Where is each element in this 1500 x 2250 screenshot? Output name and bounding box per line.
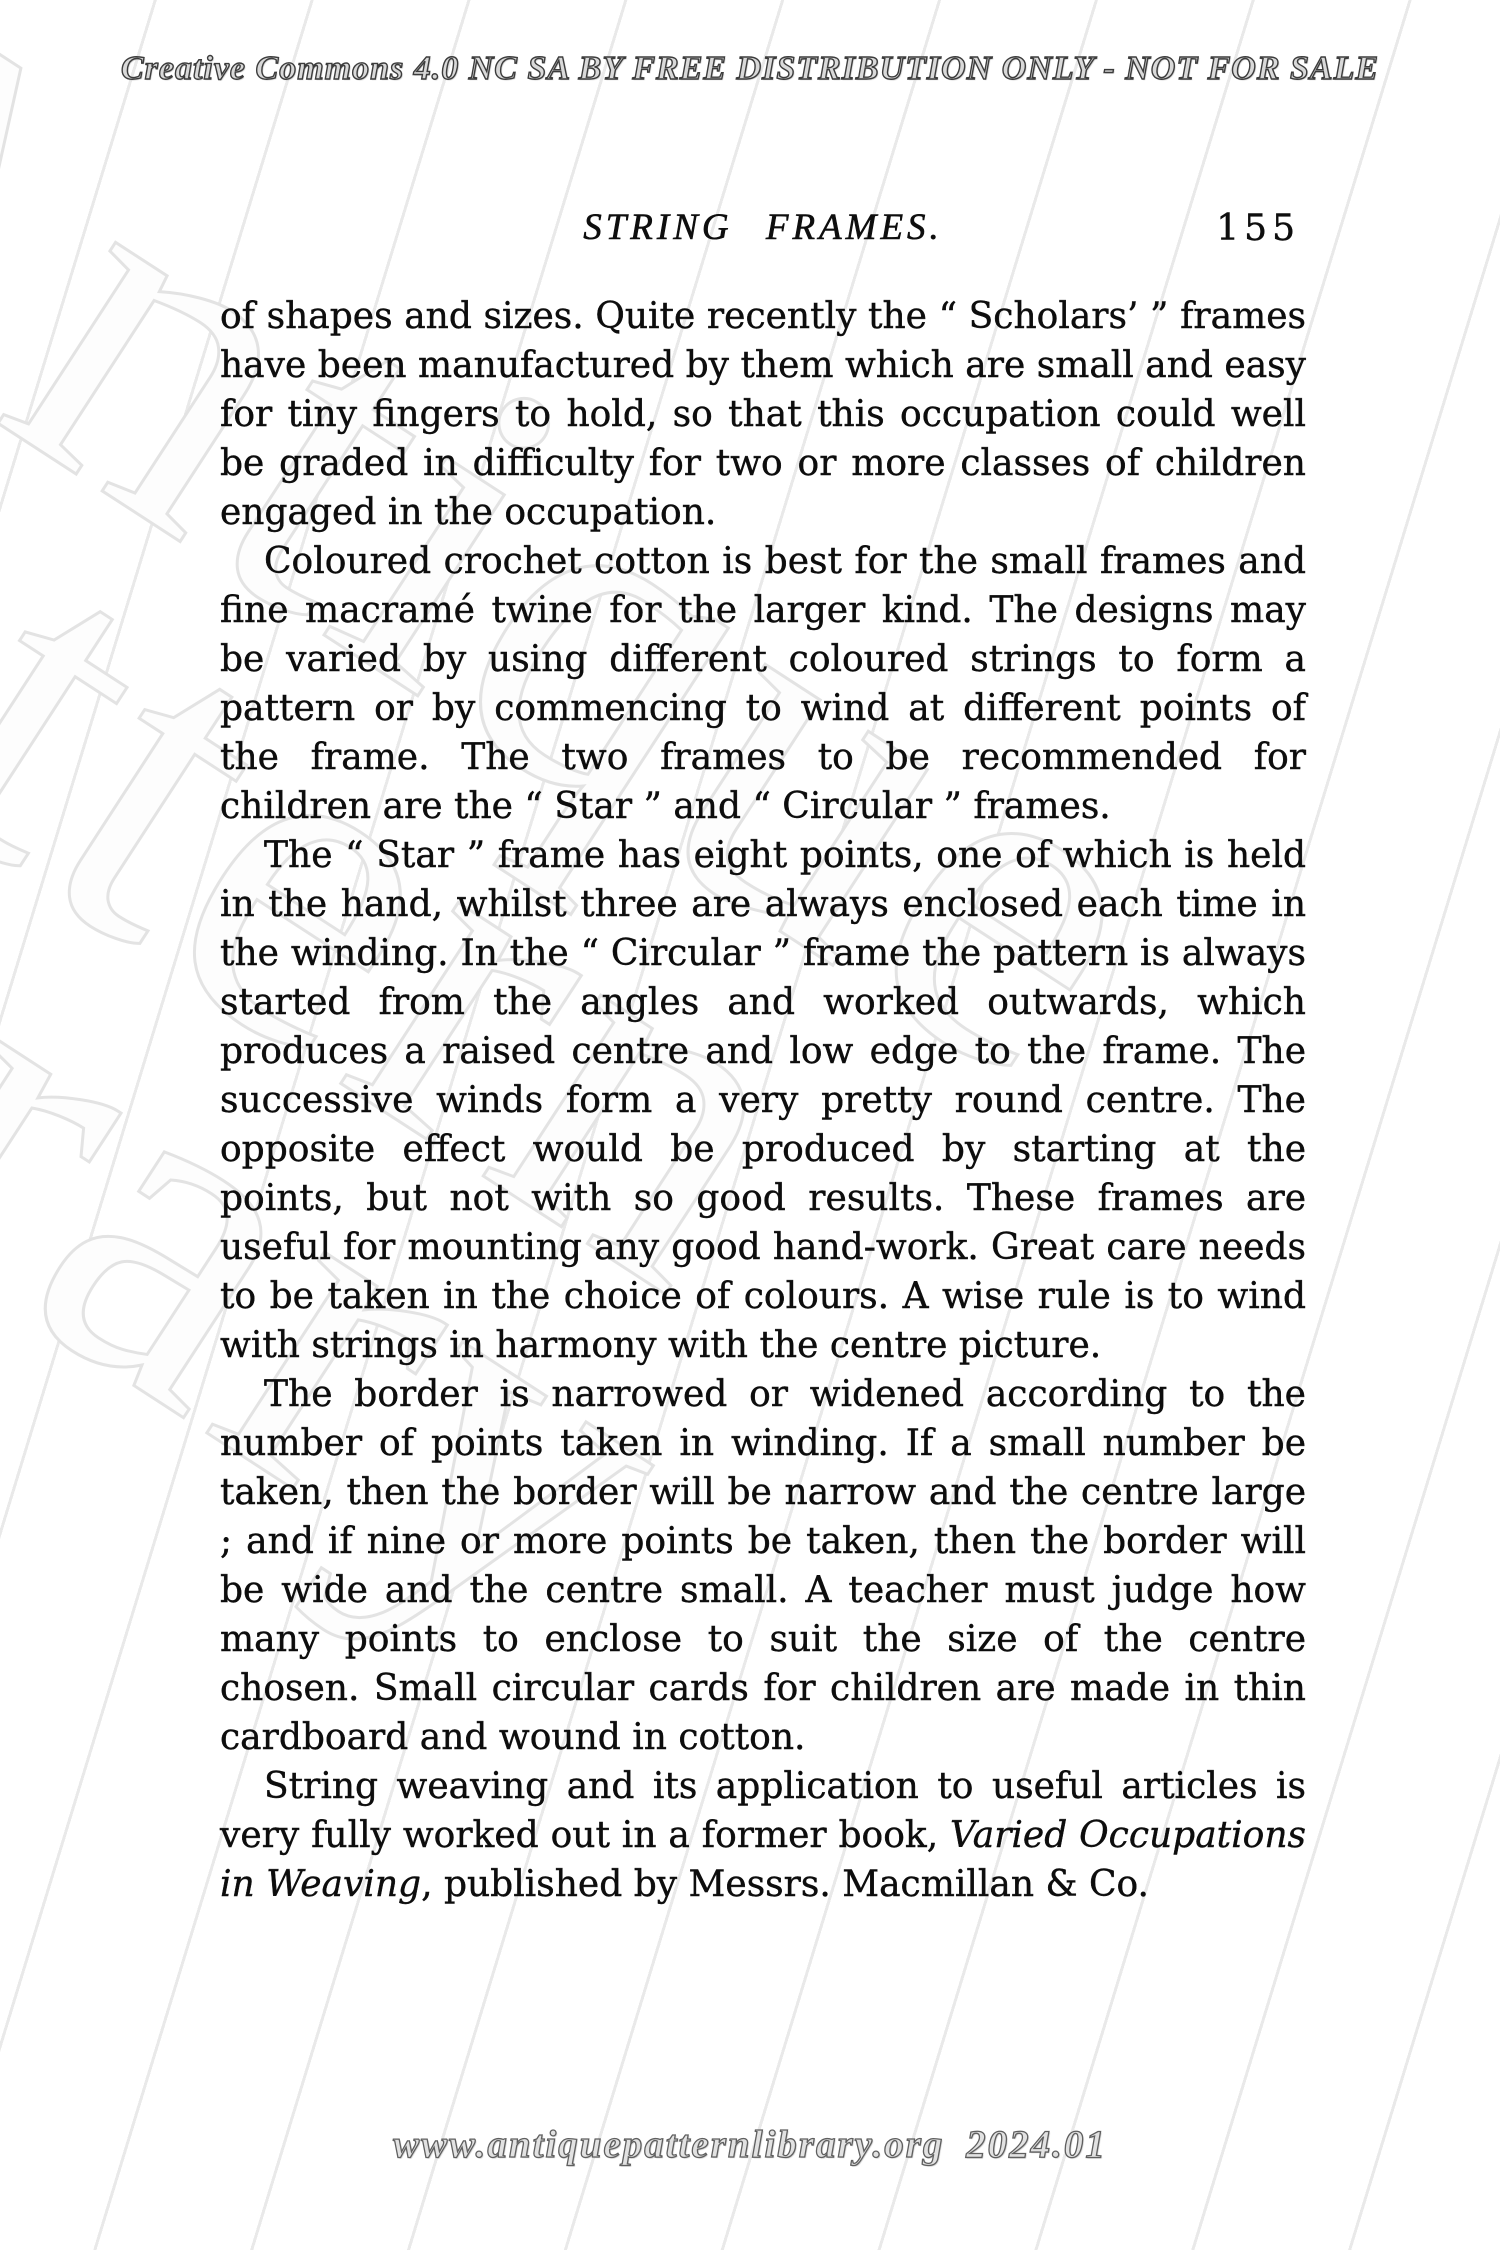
paragraph-text: The “ Star ” frame has eight points, one… (220, 835, 1306, 1366)
footer-url-watermark: www.antiquepatternlibrary.org 2024.01 (0, 2122, 1500, 2167)
paragraph-text: , published by Messrs. Macmillan & Co. (421, 1864, 1149, 1905)
paragraph-continuation: of shapes and sizes. Quite recently the … (220, 292, 1306, 537)
body-text-block: of shapes and sizes. Quite recently the … (220, 292, 1306, 1909)
page-header: STRING FRAMES. 155 (220, 206, 1306, 256)
running-title: STRING FRAMES. (220, 206, 1306, 249)
paragraph-text: of shapes and sizes. Quite recently the … (220, 296, 1306, 533)
paragraph-border-width: The border is narrowed or widened accord… (220, 1370, 1306, 1762)
paragraph-text: The border is narrowed or widened accord… (220, 1374, 1306, 1758)
page-number: 155 (1216, 208, 1300, 249)
paragraph-text: Coloured crochet cotton is best for the … (220, 541, 1306, 827)
book-page-scan: Antique Pattern Library Creative Commons… (0, 0, 1500, 2250)
paragraph-coloured-cotton: Coloured crochet cotton is best for the … (220, 537, 1306, 831)
cc-license-notice: Creative Commons 4.0 NC SA BY FREE DISTR… (0, 50, 1500, 88)
paragraph-star-frame: The “ Star ” frame has eight points, one… (220, 831, 1306, 1370)
paragraph-string-weaving: String weaving and its application to us… (220, 1762, 1306, 1909)
